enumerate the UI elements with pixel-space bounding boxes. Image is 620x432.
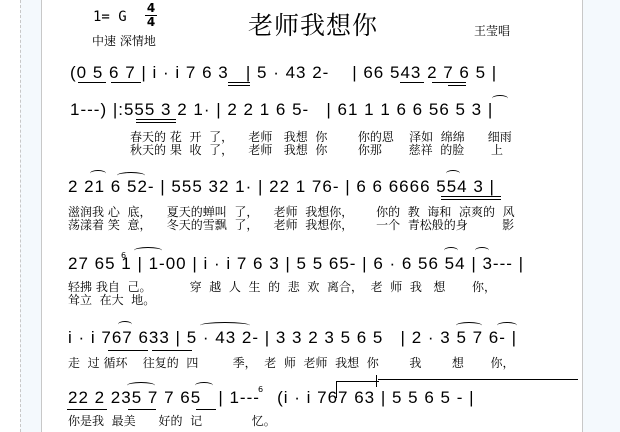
tie xyxy=(200,322,250,329)
double-beam xyxy=(136,122,176,123)
time-signature-bottom: 4 xyxy=(147,15,155,29)
lyrics-line-4-verse-1: 轻拂 我自 己。 穿 越 人 生 的 悲 欢 离合， 老 师 我 想 你， xyxy=(68,280,496,294)
tie xyxy=(134,247,162,254)
notation-line-1: (0 5 6 7 | i · i 7 6 3 | 5 · 43 2- | 66 … xyxy=(70,63,497,83)
left-margin-strip xyxy=(20,0,41,432)
volta-line xyxy=(378,379,578,380)
volta-bracket xyxy=(336,381,379,398)
right-margin-strip xyxy=(583,0,620,432)
tie xyxy=(497,322,517,329)
time-signature: 4 4 xyxy=(145,3,157,28)
notation-line-3: 2 21 6 52- | 555 32 1· | 22 1 76- | 6 6 … xyxy=(68,177,495,197)
beam xyxy=(441,196,501,197)
double-beam xyxy=(441,199,501,200)
beam xyxy=(78,82,106,83)
lyrics-line-2-verse-2: 秋天的 果 收 了， 老师 我想 你 你那 慈祥 的脸 上 xyxy=(130,143,503,157)
tie xyxy=(456,322,482,329)
double-beam xyxy=(108,350,148,351)
lyrics-line-4-verse-2: 耸立 在大 地。 xyxy=(68,293,155,307)
double-beam xyxy=(67,409,107,410)
double-beam xyxy=(228,85,250,86)
lyrics-line-3-verse-2: 荡漾着 笑 意， 冬天的雪飘 了， 老师 我想你， 一个 青松般的身 影 xyxy=(68,218,514,232)
key-signature: 1= G xyxy=(93,9,127,25)
tie xyxy=(118,321,132,328)
tie xyxy=(90,170,106,177)
tie xyxy=(492,95,508,102)
song-title: 老师我想你 xyxy=(248,6,378,42)
tie xyxy=(475,247,489,254)
notation-line-6: 22 2 235 7 7 65 | 1--- (i · i 767 63 | 5… xyxy=(68,388,475,408)
singer-credit: 王莹唱 xyxy=(474,22,510,39)
beam xyxy=(111,82,141,83)
volta-divider xyxy=(376,375,377,387)
grace-note: 6 xyxy=(121,249,126,263)
beam xyxy=(432,82,466,83)
lyrics-line-5-verse-1: 走 过 循环 往复的 四 季， 老 师 老师 我想 你 我 想 你， xyxy=(68,356,515,370)
beam xyxy=(228,82,250,83)
grace-note: 6 xyxy=(258,383,263,397)
tie xyxy=(444,247,458,254)
notation-line-4: 27 65 1 | 1-00 | i · i 7 6 3 | 5 5 65- |… xyxy=(68,254,524,274)
tie xyxy=(127,382,155,389)
double-beam xyxy=(152,350,192,351)
double-beam xyxy=(128,409,156,410)
tie xyxy=(195,382,213,389)
beam xyxy=(400,82,424,83)
tie xyxy=(117,172,145,179)
tie xyxy=(446,170,460,177)
left-gutter xyxy=(0,0,20,432)
notation-line-2: 1---) |:555 3 2 1· | 2 2 1 6 5- | 61 1 1… xyxy=(70,100,493,120)
beam xyxy=(136,119,176,120)
tempo-marking: 中速 深情地 xyxy=(92,32,156,49)
notation-line-5: i · i 767 633 | 5 · 43 2- | 3 3 2 3 5 6 … xyxy=(68,328,517,348)
lyrics-line-2-verse-1: 春天的 花 开 了， 老师 我想 你 你的恩 泽如 绵绵 细雨 xyxy=(130,130,512,144)
double-beam xyxy=(448,85,466,86)
double-beam xyxy=(196,409,216,410)
lyrics-line-3-verse-1: 滋润我 心 底， 夏天的蝉叫 了， 老师 我想你， 你的 教 诲和 凉爽的 风 xyxy=(68,205,515,219)
time-signature-top: 4 xyxy=(147,1,155,15)
lyrics-line-6-verse-1: 你是我 最美 好的 记 忆。 xyxy=(68,414,276,428)
